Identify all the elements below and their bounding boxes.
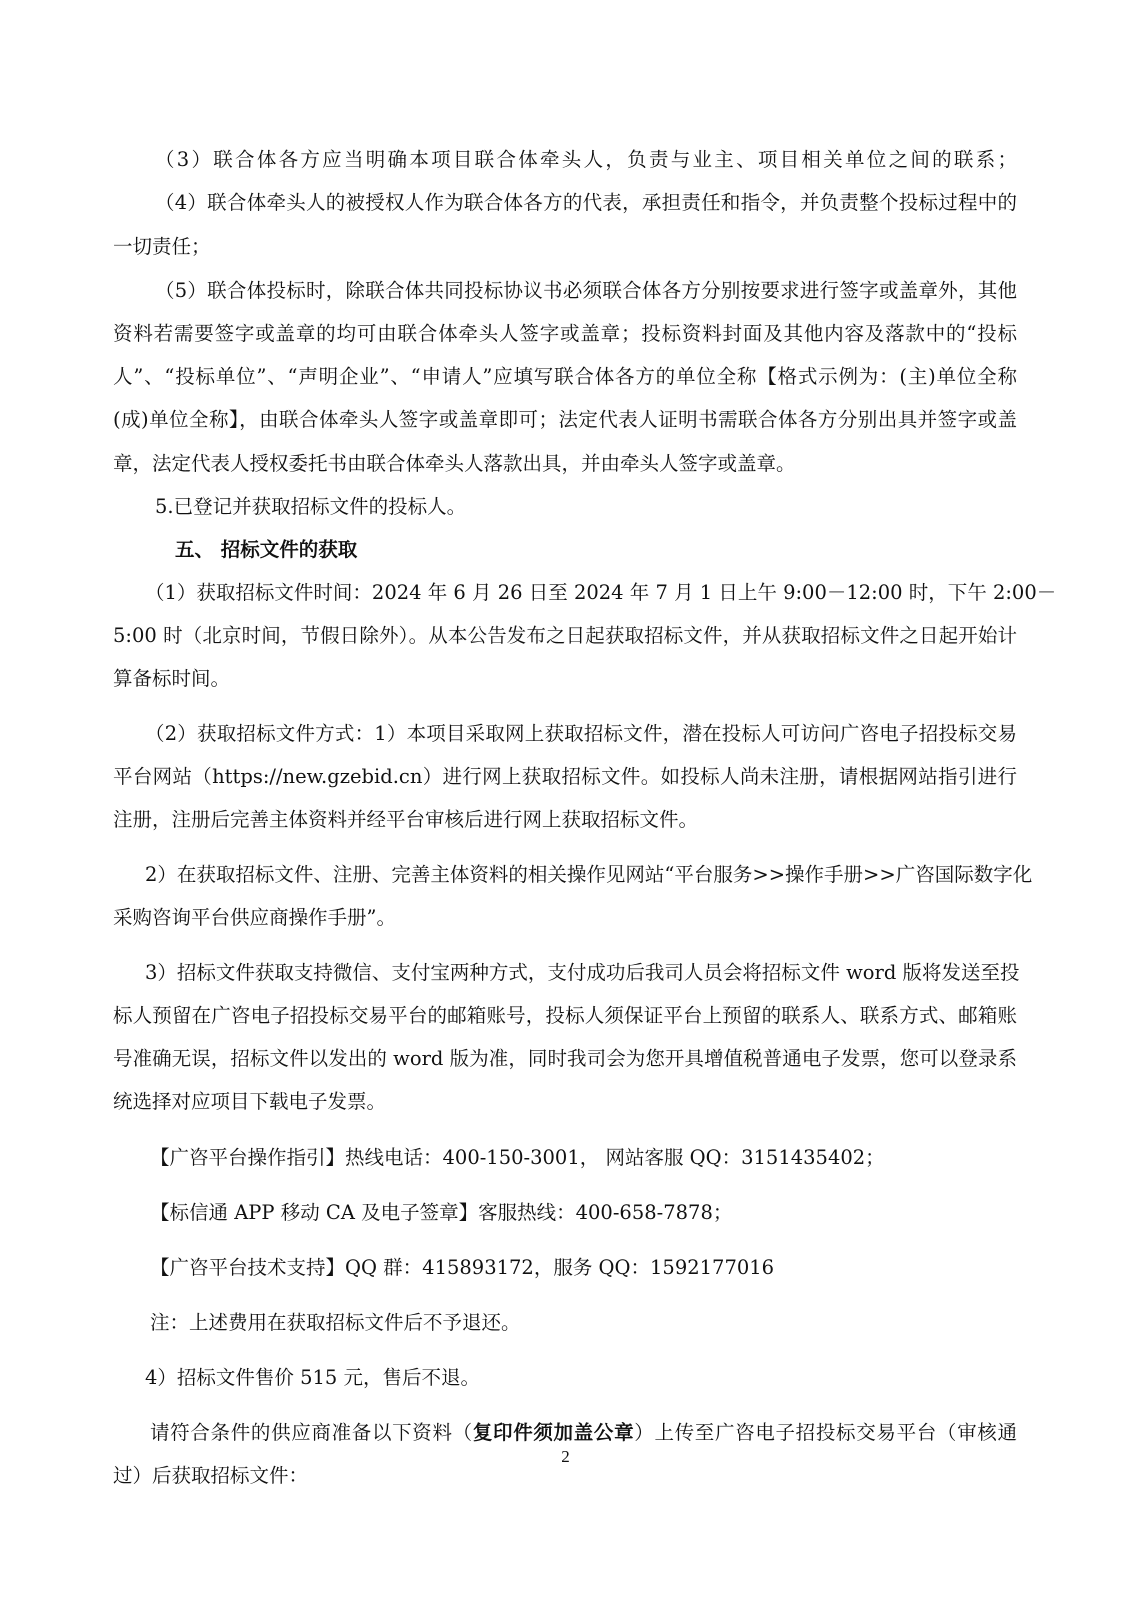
text-after-bold: ）上传至广咨电子招投标交易平台（审核通 <box>634 1421 1017 1444</box>
price-line: 4）招标文件售价 515 元，售后不退。 <box>145 1366 1017 1390</box>
paragraph-line: 5:00 时（北京时间，节假日除外）。从本公告发布之日起获取招标文件，并从获取招… <box>113 624 1017 648</box>
paragraph-line: 一切责任； <box>113 235 1017 259</box>
contact-line: 【广咨平台技术支持】QQ 群：415893172，服务 QQ：159217701… <box>150 1256 1017 1280</box>
paragraph-line: 资料若需要签字或盖章的均可由联合体牵头人签字或盖章；投标资料封面及其他内容及落款… <box>113 322 1017 346</box>
paragraph-line: 3）招标文件获取支持微信、支付宝两种方式，支付成功后我司人员会将招标文件 wor… <box>145 961 1017 985</box>
section-heading: 五、 招标文件的获取 <box>175 538 575 562</box>
note-line: 注：上述费用在获取招标文件后不予退还。 <box>150 1311 1017 1335</box>
paragraph-line: 注册，注册后完善主体资料并经平台审核后进行网上获取招标文件。 <box>113 808 1017 832</box>
paragraph-line: 采购咨询平台供应商操作手册”。 <box>113 906 1017 930</box>
paragraph-line: 5.已登记并获取招标文件的投标人。 <box>155 495 1017 519</box>
text-before-bold: 请符合条件的供应商准备以下资料（ <box>150 1421 473 1444</box>
paragraph-line: 请符合条件的供应商准备以下资料（复印件须加盖公章）上传至广咨电子招投标交易平台（… <box>150 1421 1017 1445</box>
paragraph-line: 号准确无误，招标文件以发出的 word 版为准，同时我司会为您开具增值税普通电子… <box>113 1047 1017 1071</box>
paragraph-line: 统选择对应项目下载电子发票。 <box>113 1090 1017 1114</box>
contact-line: 【广咨平台操作指引】热线电话：400-150-3001， 网站客服 QQ：315… <box>150 1146 1017 1170</box>
paragraph-line: 过）后获取招标文件： <box>113 1464 1017 1488</box>
paragraph-line: 2）在获取招标文件、注册、完善主体资料的相关操作见网站“平台服务>>操作手册>>… <box>145 863 1017 887</box>
paragraph-line: （3）联合体各方应当明确本项目联合体牵头人，负责与业主、项目相关单位之间的联系； <box>155 148 1017 172</box>
paragraph-line: 算备标时间。 <box>113 667 1017 691</box>
paragraph-line: 平台网站（https://new.gzebid.cn）进行网上获取招标文件。如投… <box>113 765 1017 789</box>
contact-line: 【标信通 APP 移动 CA 及电子签章】客服热线：400-658-7878； <box>150 1201 1017 1225</box>
paragraph-line: （1）获取招标文件时间：2024 年 6 月 26 日至 2024 年 7 月 … <box>145 581 1017 605</box>
paragraph-line: （4）联合体牵头人的被授权人作为联合体各方的代表，承担责任和指令，并负责整个投标… <box>155 191 1017 215</box>
paragraph-line: 标人预留在广咨电子招投标交易平台的邮箱账号，投标人须保证平台上预留的联系人、联系… <box>113 1004 1017 1028</box>
paragraph-line: 章，法定代表人授权委托书由联合体牵头人落款出具，并由牵头人签字或盖章。 <box>113 452 1017 476</box>
paragraph-line: 人”、“投标单位”、“声明企业”、“申请人”应填写联合体各方的单位全称【格式示例… <box>113 365 1017 389</box>
paragraph-line: (成)单位全称】，由联合体牵头人签字或盖章即可；法定代表人证明书需联合体各方分别… <box>113 408 1017 432</box>
paragraph-line: （2）获取招标文件方式：1）本项目采取网上获取招标文件，潜在投标人可访问广咨电子… <box>145 722 1017 746</box>
paragraph-line: （5）联合体投标时，除联合体共同投标协议书必须联合体各方分别按要求进行签字或盖章… <box>155 279 1017 303</box>
bold-requirement: 复印件须加盖公章 <box>473 1421 634 1444</box>
page-number: 2 <box>0 1447 1131 1467</box>
